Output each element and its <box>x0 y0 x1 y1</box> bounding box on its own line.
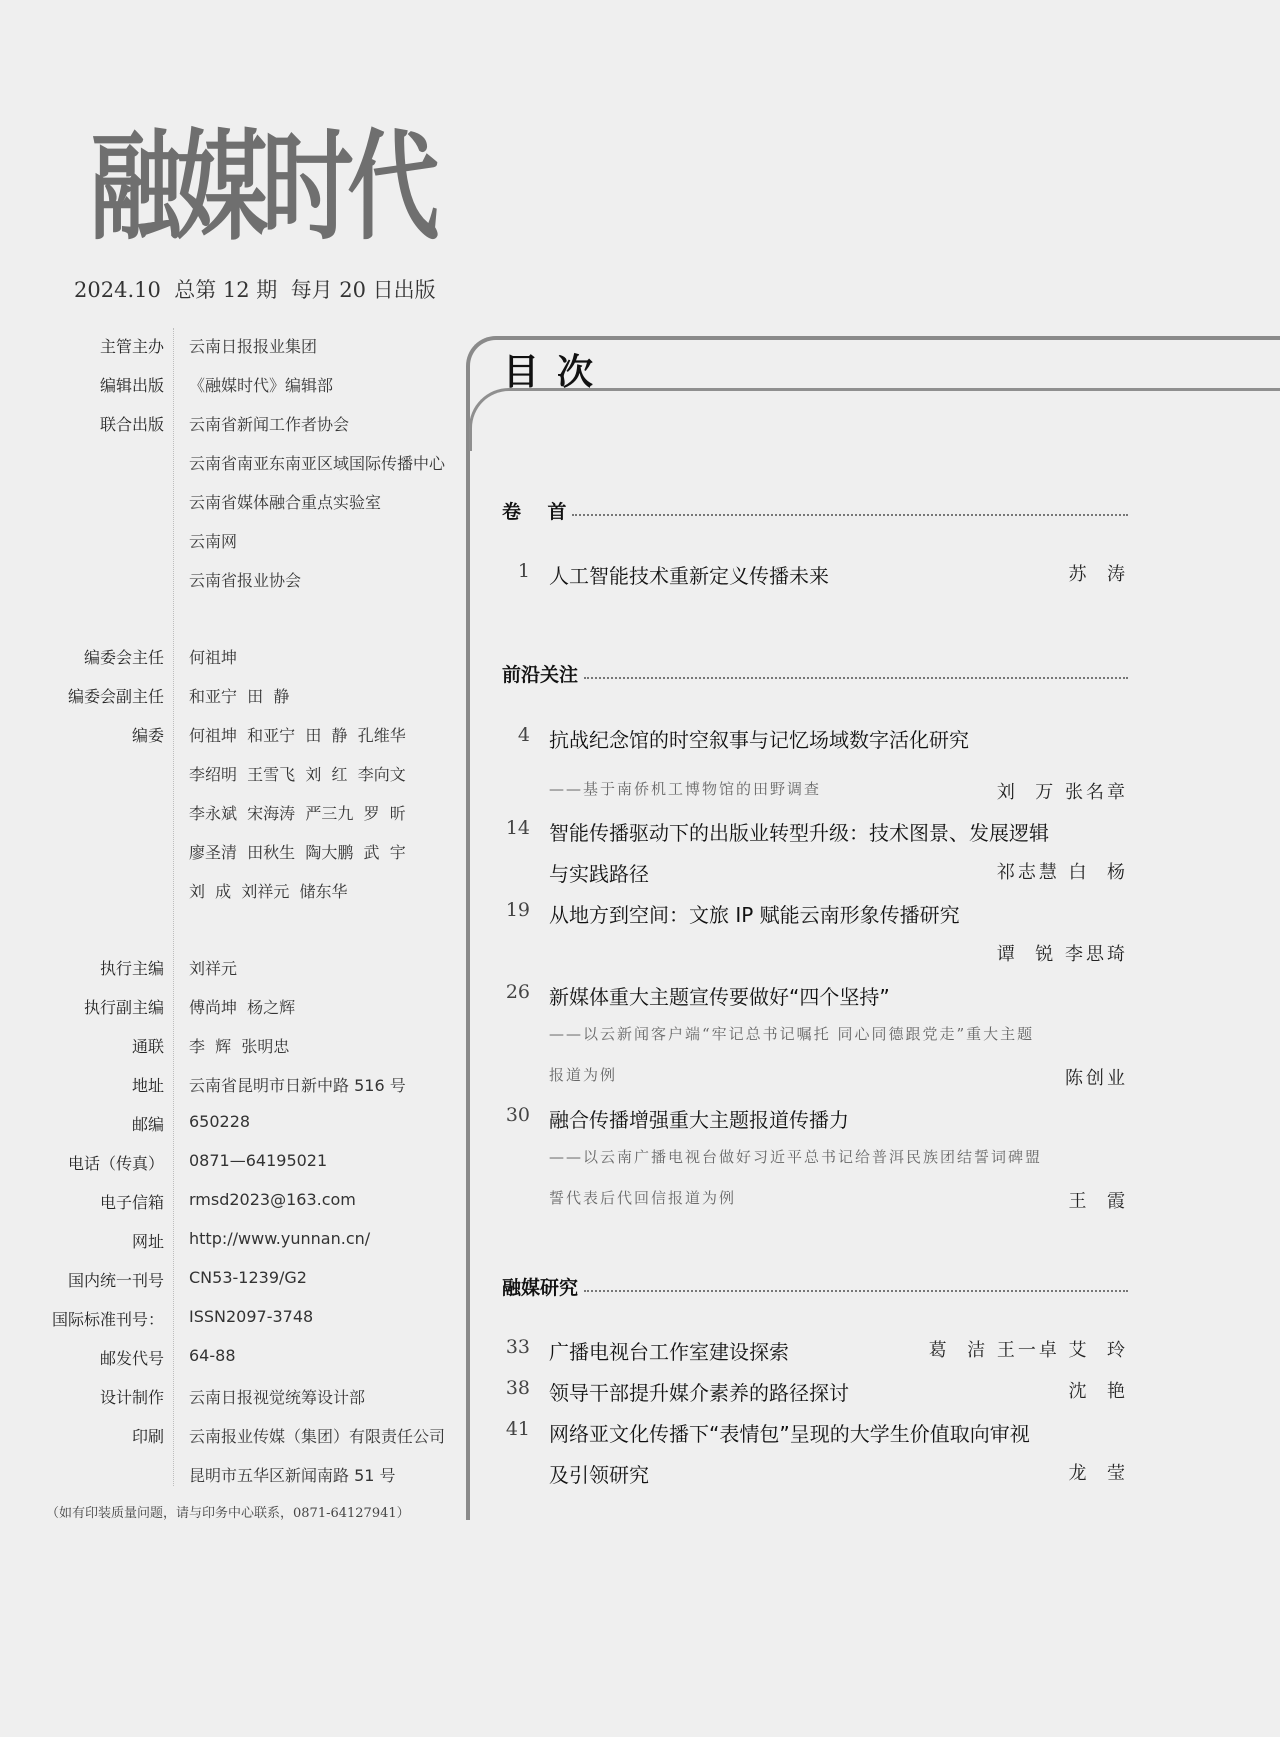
page-number: 1 <box>500 560 530 582</box>
credit-label: 地址 <box>132 1073 164 1096</box>
credit-value: 昆明市五华区新闻南路 51 号 <box>189 1463 396 1486</box>
credit-row: 邮发代号64-88 <box>0 1346 460 1370</box>
article-title: 人工智能技术重新定义传播未来 <box>549 560 829 589</box>
credit-value: 云南省昆明市日新中路 516 号 <box>189 1073 406 1096</box>
article-title: 领导干部提升媒介素养的路径探讨 <box>549 1377 849 1406</box>
article-subtitle-cont: 誓代表后代回信报道为例 <box>549 1187 736 1208</box>
credit-row: 联合出版云南省新闻工作者协会 <box>0 412 460 436</box>
toc-entry[interactable]: 38 领导干部提升媒介素养的路径探讨 沈 艳 <box>500 1377 1128 1407</box>
section-label: 前沿关注 <box>502 660 578 687</box>
credit-value: 云南省南亚东南亚区域国际传播中心 <box>189 451 445 474</box>
article-title: 智能传播驱动下的出版业转型升级：技术图景、发展逻辑 <box>549 817 1049 846</box>
credit-row: 通联李 辉 张明忠 <box>0 1034 460 1058</box>
credit-label: 电话（传真） <box>68 1151 164 1174</box>
credit-row: 国际标准刊号：ISSN2097-3748 <box>0 1307 460 1331</box>
article-title-cont: 与实践路径 <box>549 858 649 887</box>
credit-label: 编委会副主任 <box>68 684 164 707</box>
credit-label: 主管主办 <box>100 334 164 357</box>
credit-value: 李绍明 王雪飞 刘 红 李向文 <box>189 762 406 785</box>
page-number: 14 <box>500 817 530 839</box>
author: 葛 洁 王一卓 艾 玲 <box>929 1336 1128 1362</box>
author: 陈创业 <box>1065 1064 1128 1090</box>
author: 王 霞 <box>1069 1187 1128 1213</box>
author: 苏 涛 <box>1069 560 1128 586</box>
credit-value: 650228 <box>189 1112 250 1131</box>
article-title: 网络亚文化传播下“表情包”呈现的大学生价值取向审视 <box>549 1418 1030 1447</box>
credit-row: 云南省媒体融合重点实验室 <box>0 490 460 514</box>
credit-value: CN53-1239/G2 <box>189 1268 307 1287</box>
credit-value: 云南报业传媒（集团）有限责任公司 <box>189 1424 445 1447</box>
toc-entry-cont: 及引领研究 龙 莹 <box>500 1459 1128 1489</box>
credit-label: 编辑出版 <box>100 373 164 396</box>
article-title: 从地方到空间：文旅 IP 赋能云南形象传播研究 <box>549 899 960 928</box>
credit-label: 编委 <box>132 723 164 746</box>
toc-title: 目次 <box>503 344 611 395</box>
credit-label: 国际标准刊号： <box>52 1307 164 1330</box>
toc-entry[interactable]: 41 网络亚文化传播下“表情包”呈现的大学生价值取向审视 <box>500 1418 1128 1448</box>
page-number: 30 <box>500 1104 530 1126</box>
article-title: 抗战纪念馆的时空叙事与记忆场域数字活化研究 <box>549 724 969 753</box>
toc-entry-sub: 报道为例 陈创业 <box>500 1064 1128 1094</box>
toc-header-rule <box>469 388 1280 451</box>
toc-entry-sub: ——以云南广播电视台做好习近平总书记给普洱民族团结誓词碑盟 <box>500 1146 1128 1176</box>
credit-label: 电子信箱 <box>100 1190 164 1213</box>
author: 谭 锐 李思琦 <box>997 940 1128 966</box>
article-title: 融合传播增强重大主题报道传播力 <box>549 1104 849 1133</box>
credit-value: 云南省报业协会 <box>189 568 301 591</box>
section-heading: 融媒研究 <box>502 1270 1128 1300</box>
page-number: 41 <box>500 1418 530 1440</box>
credit-value: 和亚宁 田 静 <box>189 684 289 707</box>
credit-row: 国内统一刊号CN53-1239/G2 <box>0 1268 460 1292</box>
credit-value: 《融媒时代》编辑部 <box>189 373 333 396</box>
credit-row: 廖圣清 田秋生 陶大鹏 武 宇 <box>0 840 460 864</box>
credit-value: 0871—64195021 <box>189 1151 327 1170</box>
credit-label: 通联 <box>132 1034 164 1057</box>
article-title: 广播电视台工作室建设探索 <box>549 1336 789 1365</box>
credit-value: 64-88 <box>189 1346 236 1365</box>
article-subtitle-cont: 报道为例 <box>549 1064 617 1085</box>
author: 龙 莹 <box>1069 1459 1128 1485</box>
article-subtitle: ——以云南广播电视台做好习近平总书记给普洱民族团结誓词碑盟 <box>549 1146 1042 1167</box>
credit-row: 地址云南省昆明市日新中路 516 号 <box>0 1073 460 1097</box>
page-number: 38 <box>500 1377 530 1399</box>
credit-row: 云南网 <box>0 529 460 553</box>
credit-row: 李永斌 宋海涛 严三九 罗 昕 <box>0 801 460 825</box>
credit-row: 编辑出版《融媒时代》编辑部 <box>0 373 460 397</box>
toc-entry[interactable]: 33 广播电视台工作室建设探索 葛 洁 王一卓 艾 玲 <box>500 1336 1128 1366</box>
credit-row: 设计制作云南日报视觉统筹设计部 <box>0 1385 460 1409</box>
toc-entry[interactable]: 1 人工智能技术重新定义传播未来 苏 涛 <box>500 560 1128 590</box>
toc-entry-sub: 誓代表后代回信报道为例 王 霞 <box>500 1187 1128 1217</box>
section-label: 融媒研究 <box>502 1273 578 1300</box>
credit-label: 编委会主任 <box>84 645 164 668</box>
article-title-cont: 及引领研究 <box>549 1459 649 1488</box>
article-title: 新媒体重大主题宣传要做好“四个坚持” <box>549 981 890 1010</box>
toc-entry[interactable]: 4 抗战纪念馆的时空叙事与记忆场域数字活化研究 <box>500 724 1128 754</box>
magazine-masthead: 融媒时代 <box>90 128 433 246</box>
credit-value: 刘祥元 <box>189 956 237 979</box>
article-subtitle: ——以云新闻客户端“牢记总书记嘱托 同心同德跟党走”重大主题 <box>549 1023 1034 1044</box>
credit-value: 何祖坤 <box>189 645 237 668</box>
page-number: 4 <box>500 724 530 746</box>
credit-label: 网址 <box>132 1229 164 1252</box>
credit-row: 执行主编刘祥元 <box>0 956 460 980</box>
email-link[interactable]: rmsd2023@163.com <box>189 1190 356 1209</box>
credit-value: 云南网 <box>189 529 237 552</box>
section-heading: 前沿关注 <box>502 657 1128 687</box>
credit-value: 云南日报视觉统筹设计部 <box>189 1385 365 1408</box>
credit-label: 邮编 <box>132 1112 164 1135</box>
credit-value: 云南日报报业集团 <box>189 334 317 357</box>
credit-label: 邮发代号 <box>100 1346 164 1369</box>
credit-row: 执行副主编傅尚坤 杨之辉 <box>0 995 460 1019</box>
author: 刘 万 张名章 <box>997 778 1128 804</box>
credit-value: 李永斌 宋海涛 严三九 罗 昕 <box>189 801 406 824</box>
credit-value: ISSN2097-3748 <box>189 1307 313 1326</box>
credit-row: 昆明市五华区新闻南路 51 号 <box>0 1463 460 1487</box>
credit-row: 邮编650228 <box>0 1112 460 1136</box>
page-number: 19 <box>500 899 530 921</box>
credit-label: 国内统一刊号 <box>68 1268 164 1291</box>
website-link[interactable]: http://www.yunnan.cn/ <box>189 1229 370 1248</box>
credit-value: 廖圣清 田秋生 陶大鹏 武 宇 <box>189 840 406 863</box>
credit-label: 执行副主编 <box>84 995 164 1018</box>
credit-row: 印刷云南报业传媒（集团）有限责任公司 <box>0 1424 460 1448</box>
credit-row: 云南省报业协会 <box>0 568 460 592</box>
dot-leader <box>584 1290 1128 1292</box>
credit-label: 执行主编 <box>100 956 164 979</box>
credit-row: 电子信箱rmsd2023@163.com <box>0 1190 460 1214</box>
credit-row: 编委何祖坤 和亚宁 田 静 孔维华 <box>0 723 460 747</box>
credit-value: 李 辉 张明忠 <box>189 1034 289 1057</box>
credit-row: 电话（传真）0871—64195021 <box>0 1151 460 1175</box>
dot-leader <box>572 514 1128 516</box>
credit-row: 网址http://www.yunnan.cn/ <box>0 1229 460 1253</box>
toc-entry-sub: ——以云新闻客户端“牢记总书记嘱托 同心同德跟党走”重大主题 <box>500 1023 1128 1053</box>
section-label: 卷 首 <box>502 497 566 524</box>
article-subtitle: ——基于南侨机工博物馆的田野调查 <box>549 778 821 799</box>
toc-entry[interactable]: 30 融合传播增强重大主题报道传播力 <box>500 1104 1128 1134</box>
credit-row: 刘 成 刘祥元 储东华 <box>0 879 460 903</box>
page-number: 26 <box>500 981 530 1003</box>
author: 沈 艳 <box>1069 1377 1128 1403</box>
credit-row: 主管主办云南日报报业集团 <box>0 334 460 358</box>
toc-entry[interactable]: 19 从地方到空间：文旅 IP 赋能云南形象传播研究 <box>500 899 1128 929</box>
toc-entry[interactable]: 14 智能传播驱动下的出版业转型升级：技术图景、发展逻辑 <box>500 817 1128 847</box>
credit-value: 刘 成 刘祥元 储东华 <box>189 879 348 902</box>
credit-label: 设计制作 <box>100 1385 164 1408</box>
toc-entry-cont: 与实践路径 祁志慧 白 杨 <box>500 858 1128 888</box>
author: 祁志慧 白 杨 <box>997 858 1128 884</box>
toc-entry-sub: ——基于南侨机工博物馆的田野调查 刘 万 张名章 <box>500 778 1128 808</box>
credit-value: 云南省媒体融合重点实验室 <box>189 490 381 513</box>
credit-value: 云南省新闻工作者协会 <box>189 412 349 435</box>
credit-row: 云南省南亚东南亚区域国际传播中心 <box>0 451 460 475</box>
toc-entry[interactable]: 26 新媒体重大主题宣传要做好“四个坚持” <box>500 981 1128 1011</box>
credit-row: 编委会副主任和亚宁 田 静 <box>0 684 460 708</box>
toc-entry-cont: 谭 锐 李思琦 <box>500 940 1128 970</box>
credit-value: 傅尚坤 杨之辉 <box>189 995 295 1018</box>
credit-label: 联合出版 <box>100 412 164 435</box>
credit-row: 编委会主任何祖坤 <box>0 645 460 669</box>
credit-label: 印刷 <box>132 1424 164 1447</box>
print-quality-note: （如有印装质量问题，请与印务中心联系，0871-64127941） <box>46 1502 410 1521</box>
credit-value: 何祖坤 和亚宁 田 静 孔维华 <box>189 723 406 746</box>
credit-row: 李绍明 王雪飞 刘 红 李向文 <box>0 762 460 786</box>
dot-leader <box>584 677 1128 679</box>
page-number: 33 <box>500 1336 530 1358</box>
section-heading: 卷 首 <box>502 494 1128 524</box>
issue-info: 2024.10 总第 12 期 每月 20 日出版 <box>74 274 436 304</box>
